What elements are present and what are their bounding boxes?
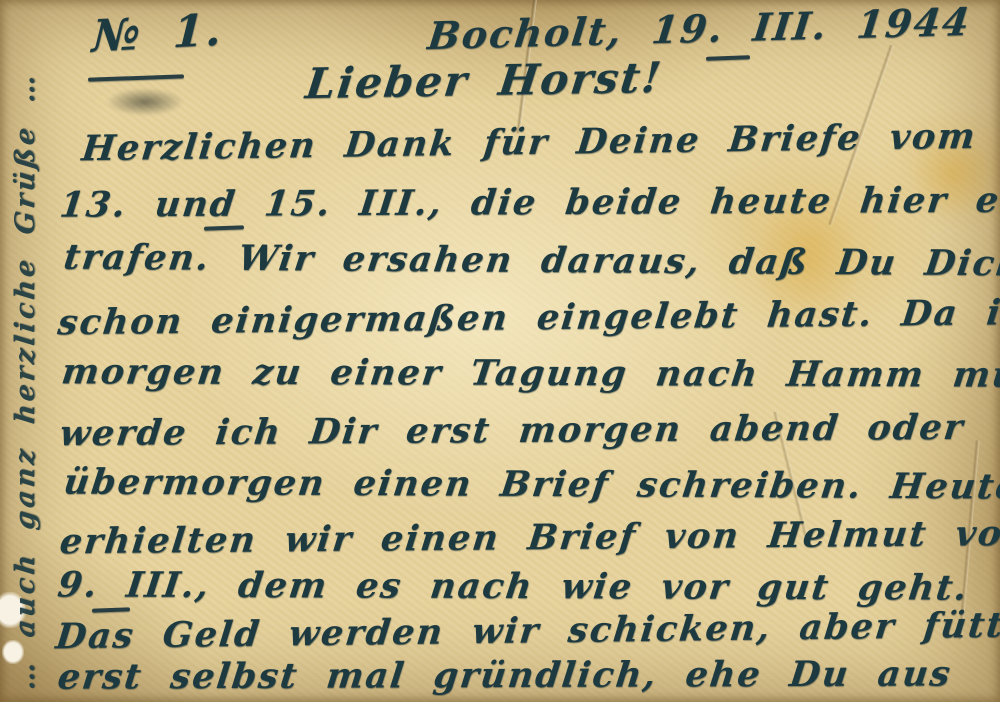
underline-stroke [706,55,750,61]
body-line: werde ich Dir erst morgen abend oder [58,407,967,454]
underline-stroke [88,74,184,81]
body-line: schon einigermaßen eingelebt hast. Da ic… [56,292,1000,343]
ink-smudge [106,88,184,116]
letter-number: № 1. [91,4,225,62]
body-line: übermorgen einen Brief schreiben. Heute [61,462,1000,508]
body-line: 9. III., dem es nach wie vor gut geht. [55,564,971,608]
body-line: Das Geld werden wir schicken, aber fütte… [54,604,1000,657]
salutation: Lieber Horst! [303,53,665,108]
body-line: erhielten wir einen Brief von Helmut vom [58,513,1000,563]
body-line: 13. und 15. III., die beide heute hier e… [58,179,1000,225]
body-line: Herzlichen Dank für Deine Briefe vom [80,116,979,170]
body-line: trafen. Wir ersahen daraus, daß Du Dich [61,237,1000,285]
underline-stroke [92,607,130,612]
body-line: morgen zu einer Tagung nach Hamm muß, [59,351,1000,395]
underline-stroke [204,225,244,230]
postcard-scan: № 1. Bocholt, 19. III. 1944 Lieber Horst… [0,0,1000,702]
margin-note: … auch ganz herzliche Grüße … [10,71,41,692]
body-line: erst selbst mal gründlich, ehe Du aus [56,653,955,697]
